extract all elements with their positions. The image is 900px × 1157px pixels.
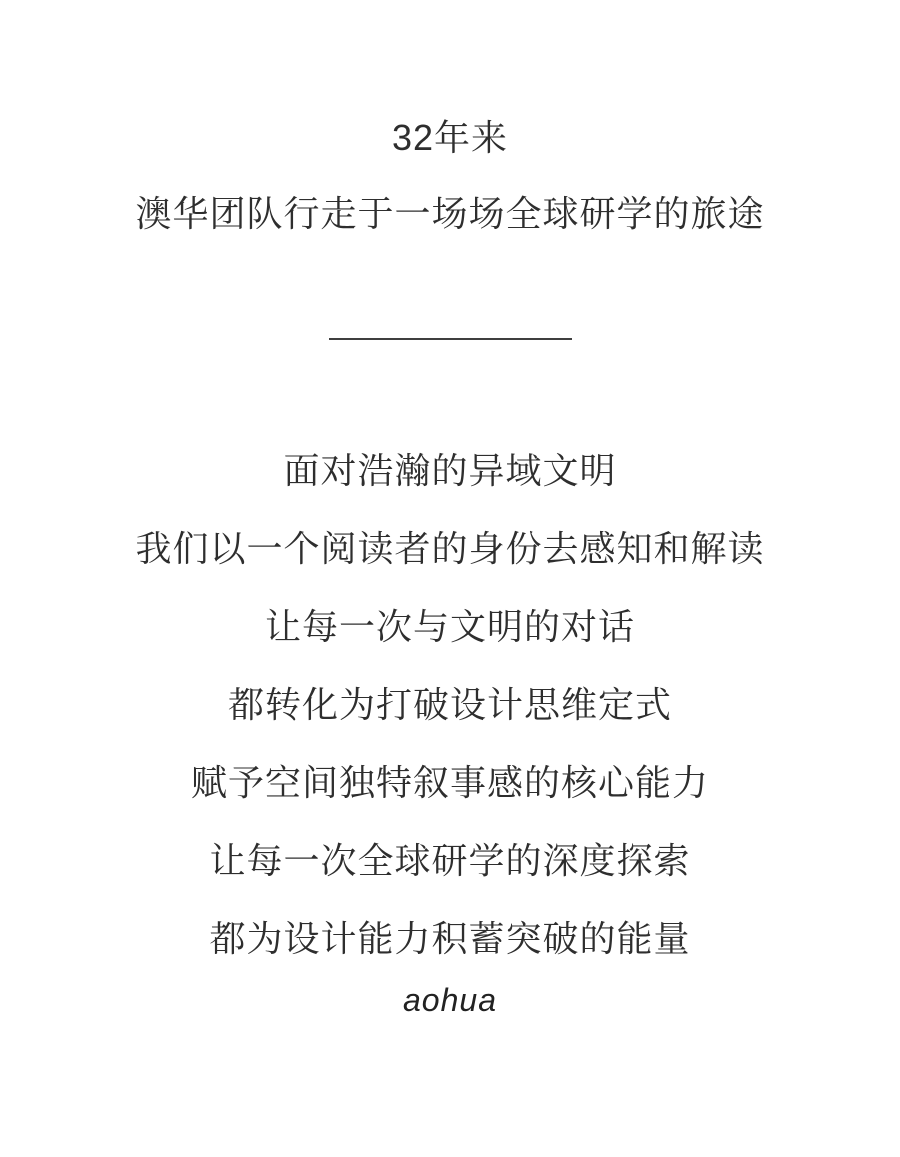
journey-heading: 澳华团队行走于一场场全球研学的旅途 — [0, 176, 900, 252]
manifesto-line-4: 都转化为打破设计思维定式 — [0, 666, 900, 744]
years-heading: 32年来 — [0, 100, 900, 176]
section-divider — [329, 338, 572, 340]
manifesto-line-5: 赋予空间独特叙事感的核心能力 — [0, 744, 900, 822]
brand-signature: aohua — [0, 978, 900, 1022]
manifesto-line-3: 让每一次与文明的对话 — [0, 588, 900, 666]
manifesto-line-7: 都为设计能力积蓄突破的能量 — [0, 900, 900, 978]
manifesto-line-1: 面对浩瀚的异域文明 — [0, 432, 900, 510]
brand-manifesto-page: 32年来 澳华团队行走于一场场全球研学的旅途 面对浩瀚的异域文明 我们以一个阅读… — [0, 0, 900, 1157]
manifesto-line-6: 让每一次全球研学的深度探索 — [0, 822, 900, 900]
manifesto-line-2: 我们以一个阅读者的身份去感知和解读 — [0, 510, 900, 588]
intro-header: 32年来 澳华团队行走于一场场全球研学的旅途 — [0, 0, 900, 252]
manifesto-text-block: 面对浩瀚的异域文明 我们以一个阅读者的身份去感知和解读 让每一次与文明的对话 都… — [0, 432, 900, 978]
